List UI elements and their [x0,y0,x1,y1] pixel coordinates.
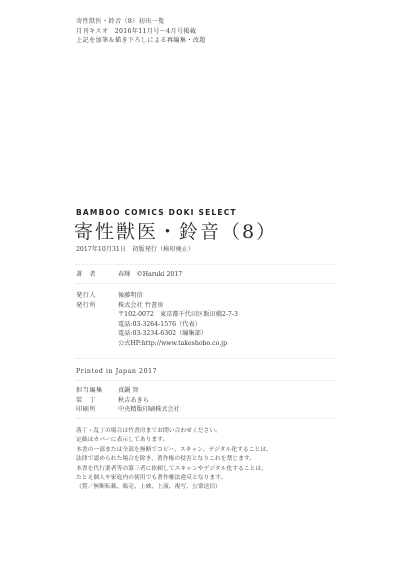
staff-credits: 担当編集 真鍋 智 装 丁 秋吉あきら 印刷所 中央精版印刷株式会社 [76,386,180,415]
publisher-person-value: 後藤明信 [118,291,143,301]
staff-label: 装 丁 [76,396,118,406]
notice-line: 本書を代行業者等の第三者に依頼してスキャンやデジタル化することは、 [76,465,272,474]
series-label: BAMBOO COMICS DOKI SELECT [76,208,237,217]
publisher-website: 公式HP:http://www.takeshobo.co.jp [118,339,227,349]
divider [76,380,336,381]
legal-notice: 落丁・乱丁の場合は竹書房までお問い合わせください。 定価はカバーに表示してありま… [76,427,272,493]
staff-value: 真鍋 智 [118,386,139,396]
author-row: 著 者 春輝 ©Haruki 2017 [76,270,182,280]
staff-label: 印刷所 [76,405,118,415]
book-title: 寄性獣医・鈴音（8） [74,217,277,244]
publisher-company-name: 株式会社 竹書房 [118,301,163,311]
staff-value: 中央精版印刷株式会社 [118,405,180,415]
first-appearance-list: 寄性獣医・鈴音（8）初出一覧 月刊キスオ 2016年11月号〜4月号掲載 上記を… [76,17,206,46]
notice-line: たとえ個人や家庭内の使用でも著作権法違反となります。 [76,474,272,483]
author-label: 著 者 [76,270,118,280]
first-appearance-note: 上記を加筆＆描き下ろしによる再編集・改題 [76,36,206,46]
author-value: 春輝 ©Haruki 2017 [118,270,182,280]
publisher-phone-editorial: 電話:03-3234-6302（編集部） [118,329,207,339]
divider [76,283,336,284]
publisher-phone-main: 電話:03-3264-1576（代表） [118,320,201,330]
first-appearance-heading: 寄性獣医・鈴音（8）初出一覧 [76,17,206,27]
notice-line: 本書の一部または全部を無断でコピー、スキャン、デジタル化することは、 [76,446,272,455]
staff-value: 秋吉あきら [118,396,149,406]
notice-line: 法律で認められた場合を除き、著作権の侵害となりこれを禁じます。 [76,455,272,464]
publication-date: 2017年10月31日 初版発行（検印廃止） [76,244,194,253]
divider [76,264,336,265]
staff-label: 担当編集 [76,386,118,396]
first-appearance-magazine: 月刊キスオ 2016年11月号〜4月号掲載 [76,27,206,37]
publisher-info: 発行人 後藤明信 発行所 株式会社 竹書房 〒102-0072 東京都千代田区飯… [76,291,238,348]
printed-in-japan: Printed in Japan 2017 [76,368,157,375]
publisher-person-label: 発行人 [76,291,118,301]
notice-line: 落丁・乱丁の場合は竹書房までお問い合わせください。 [76,427,272,436]
divider [76,358,336,359]
divider [76,418,336,419]
publisher-company-label: 発行所 [76,301,118,311]
publisher-address: 〒102-0072 東京都千代田区飯田橋2-7-3 [118,310,238,320]
notice-line: （賞／無断転載、販売、上映、上演、複写、公衆送信） [76,483,272,492]
notice-line: 定価はカバーに表示してあります。 [76,436,272,445]
